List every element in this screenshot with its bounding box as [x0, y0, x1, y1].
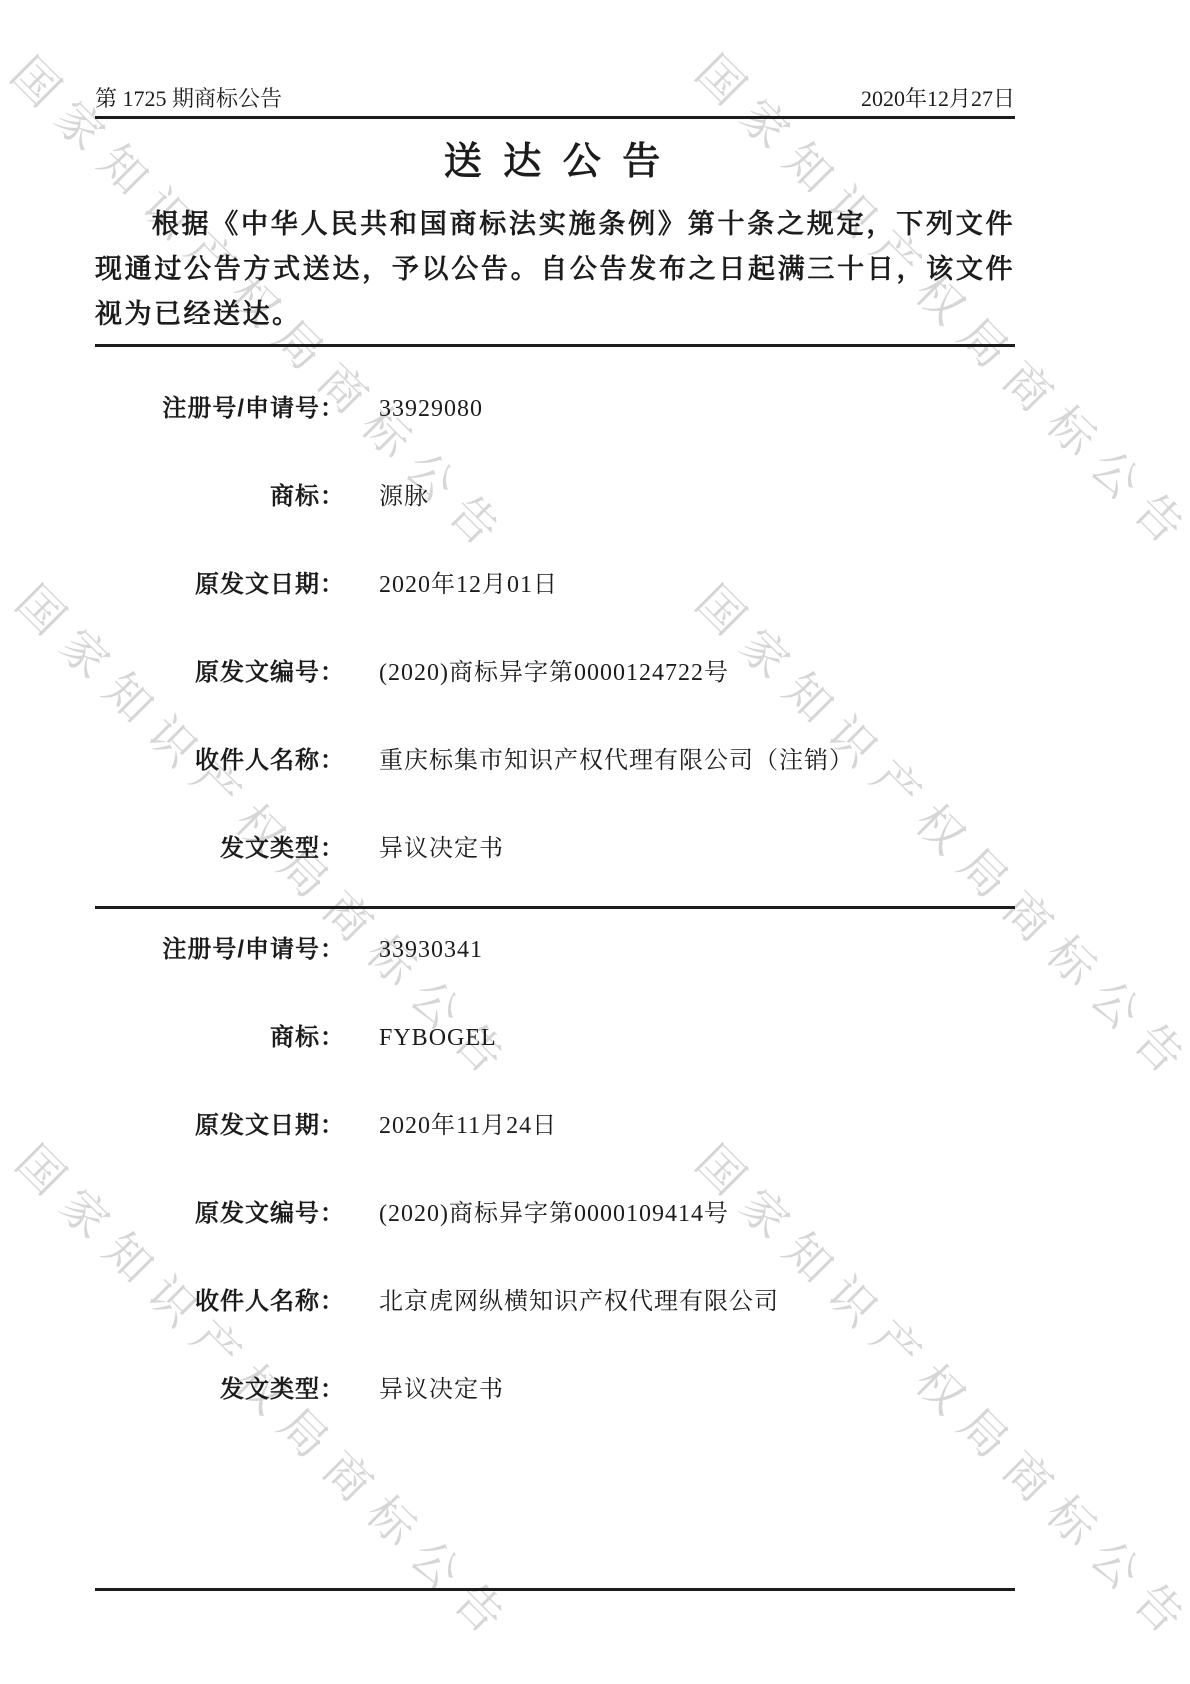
- field-value: 33930341: [379, 935, 483, 965]
- field-value: FYBOGEL: [379, 1023, 497, 1053]
- field-value: 源脉: [379, 482, 429, 512]
- record-field-row: 收件人名称： 北京虎网纵横知识产权代理有限公司: [95, 1287, 1015, 1317]
- field-label: 原发文编号：: [95, 658, 345, 688]
- record-field-row: 发文类型： 异议决定书: [95, 1375, 1015, 1405]
- record-field-row: 注册号/申请号： 33930341: [95, 935, 1015, 965]
- field-label: 收件人名称：: [95, 1287, 345, 1317]
- header-divider: [95, 116, 1015, 119]
- record-field-row: 收件人名称： 重庆标集市知识产权代理有限公司（注销）: [95, 746, 1015, 776]
- page-header: 第 1725 期商标公告 2020年12月27日: [95, 82, 1015, 113]
- field-label: 注册号/申请号：: [95, 394, 345, 424]
- field-value: 2020年11月24日: [379, 1111, 557, 1141]
- field-value: (2020)商标异字第0000124722号: [379, 658, 729, 688]
- field-label: 原发文日期：: [95, 1111, 345, 1141]
- field-value: (2020)商标异字第0000109414号: [379, 1199, 729, 1229]
- record-divider: [95, 906, 1015, 909]
- gazette-page: 国家知识产权局商标公告 国家知识产权局商标公告 国家知识产权局商标公告 国家知识…: [0, 0, 1190, 1684]
- field-value: 2020年12月01日: [379, 570, 558, 600]
- field-label: 注册号/申请号：: [95, 935, 345, 965]
- intro-paragraph: 根据《中华人民共和国商标法实施条例》第十条之规定，下列文件现通过公告方式送达，予…: [95, 202, 1015, 337]
- record-field-row: 发文类型： 异议决定书: [95, 834, 1015, 864]
- field-value: 异议决定书: [379, 834, 504, 864]
- record-field-row: 原发文日期： 2020年11月24日: [95, 1111, 1015, 1141]
- field-value: 异议决定书: [379, 1375, 504, 1405]
- page-content: 第 1725 期商标公告 2020年12月27日 送 达 公 告 根据《中华人民…: [95, 0, 1015, 1684]
- record-field-row: 原发文编号： (2020)商标异字第0000124722号: [95, 658, 1015, 688]
- section-divider: [95, 344, 1015, 347]
- field-value: 北京虎网纵横知识产权代理有限公司: [379, 1287, 779, 1317]
- record-field-row: 原发文日期： 2020年12月01日: [95, 570, 1015, 600]
- field-label: 收件人名称：: [95, 746, 345, 776]
- field-label: 原发文编号：: [95, 1199, 345, 1229]
- field-value: 33929080: [379, 394, 483, 424]
- record-field-row: 原发文编号： (2020)商标异字第0000109414号: [95, 1199, 1015, 1229]
- field-label: 商标：: [95, 1023, 345, 1053]
- field-label: 发文类型：: [95, 1375, 345, 1405]
- field-label: 原发文日期：: [95, 570, 345, 600]
- gazette-date: 2020年12月27日: [861, 82, 1015, 113]
- gazette-issue-number: 第 1725 期商标公告: [95, 82, 282, 113]
- record-field-row: 商标： FYBOGEL: [95, 1023, 1015, 1053]
- record-field-row: 商标： 源脉: [95, 482, 1015, 512]
- field-value: 重庆标集市知识产权代理有限公司（注销）: [379, 746, 854, 776]
- field-label: 商标：: [95, 482, 345, 512]
- page-bottom-divider: [95, 1588, 1015, 1591]
- record-field-row: 注册号/申请号： 33929080: [95, 394, 1015, 424]
- page-title: 送 达 公 告: [95, 130, 1015, 185]
- field-label: 发文类型：: [95, 834, 345, 864]
